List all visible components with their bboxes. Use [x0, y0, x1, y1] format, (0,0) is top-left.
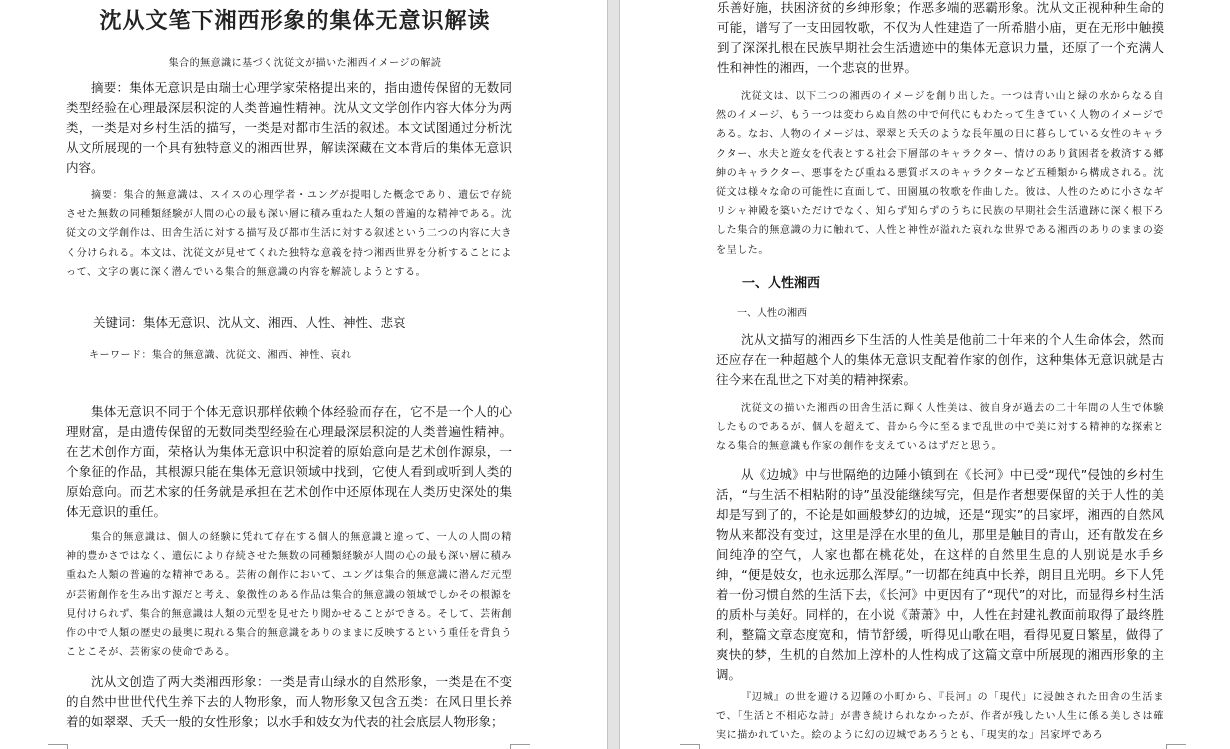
- section-heading-japanese: 一、人性の湘西: [737, 304, 807, 319]
- page-corner-mark-left: [48, 744, 68, 749]
- page-corner-mark-right: [1166, 744, 1186, 749]
- document-page-1: 沈从文笔下湘西形象的集体无意识解读 集合的無意識に基づく沈従文が描いた湘西イメー…: [0, 0, 607, 749]
- page-corner-mark-right: [510, 744, 530, 749]
- abstract-chinese: 摘要：集体无意识是由瑞士心理学家荣格提出来的，指由遗传保留的无数同类型经验在心理…: [66, 78, 512, 178]
- body-paragraph-4-chinese: 从《边城》中与世隔绝的边陲小镇到在《长河》中已受“现代”侵蚀的乡村生活，“与生活…: [716, 465, 1164, 685]
- japanese-subtitle: 集合的無意識に基づく沈従文が描いた湘西イメージの解読: [0, 54, 607, 69]
- body-paragraph-1-chinese: 集体无意识不同于个体无意识那样依赖个体经验而存在，它不是一个人的心理财富，是由遗…: [66, 402, 512, 522]
- body-paragraph-3-japanese: 沈従文の描いた湘西の田舎生活に輝く人性美は、彼自身が過去の二十年間の人生で体験し…: [716, 399, 1164, 457]
- body-paragraph-1-japanese: 集合的無意識は、個人の経験に凭れて存在する個人的無意識と違って、一人の人間の精神…: [66, 528, 512, 662]
- document-page-2: 乐善好施，扶困济贫的乡绅形象；作恶多端的恶霸形象。沈从文正视种种生命的可能，谱写…: [620, 0, 1230, 749]
- keywords-chinese: 关键词：集体无意识、沈从文、湘西、人性、神性、悲哀: [93, 313, 406, 331]
- body-paragraph-3-chinese: 沈从文描写的湘西乡下生活的人性美是他前二十年来的个人生命体会，然而还应存在一种超…: [716, 330, 1164, 390]
- keywords-japanese: キーワード：集合的無意識、沈従文、湘西、神性、哀れ: [89, 346, 352, 361]
- body-paragraph-2-japanese: 沈従文は、以下二つの湘西のイメージを創り出した。一つは青い山と緑の水からなる自然…: [716, 87, 1164, 260]
- body-paragraph-2-chinese: 沈从文创造了两大类湘西形象：一类是青山绿水的自然形象，一类是在不变的自然中世世代…: [66, 672, 512, 732]
- body-paragraph-4-japanese: 『辺城』の世を避ける辺陲の小町から、『長河』の「現代」に浸蝕された田舎の生活まで…: [716, 688, 1164, 746]
- abstract-japanese: 摘要：集合的無意識は、スイスの心理学者・ユングが提唱した概念であり、遺伝で存続さ…: [66, 186, 512, 282]
- page-separator: [607, 0, 620, 749]
- body-paragraph-2-continued-chinese: 乐善好施，扶困济贫的乡绅形象；作恶多端的恶霸形象。沈从文正视种种生命的可能，谱写…: [717, 0, 1164, 78]
- page-title: 沈从文笔下湘西形象的集体无意识解读: [0, 4, 590, 35]
- page-corner-mark-left: [680, 744, 700, 749]
- section-heading-chinese: 一、人性湘西: [742, 272, 820, 291]
